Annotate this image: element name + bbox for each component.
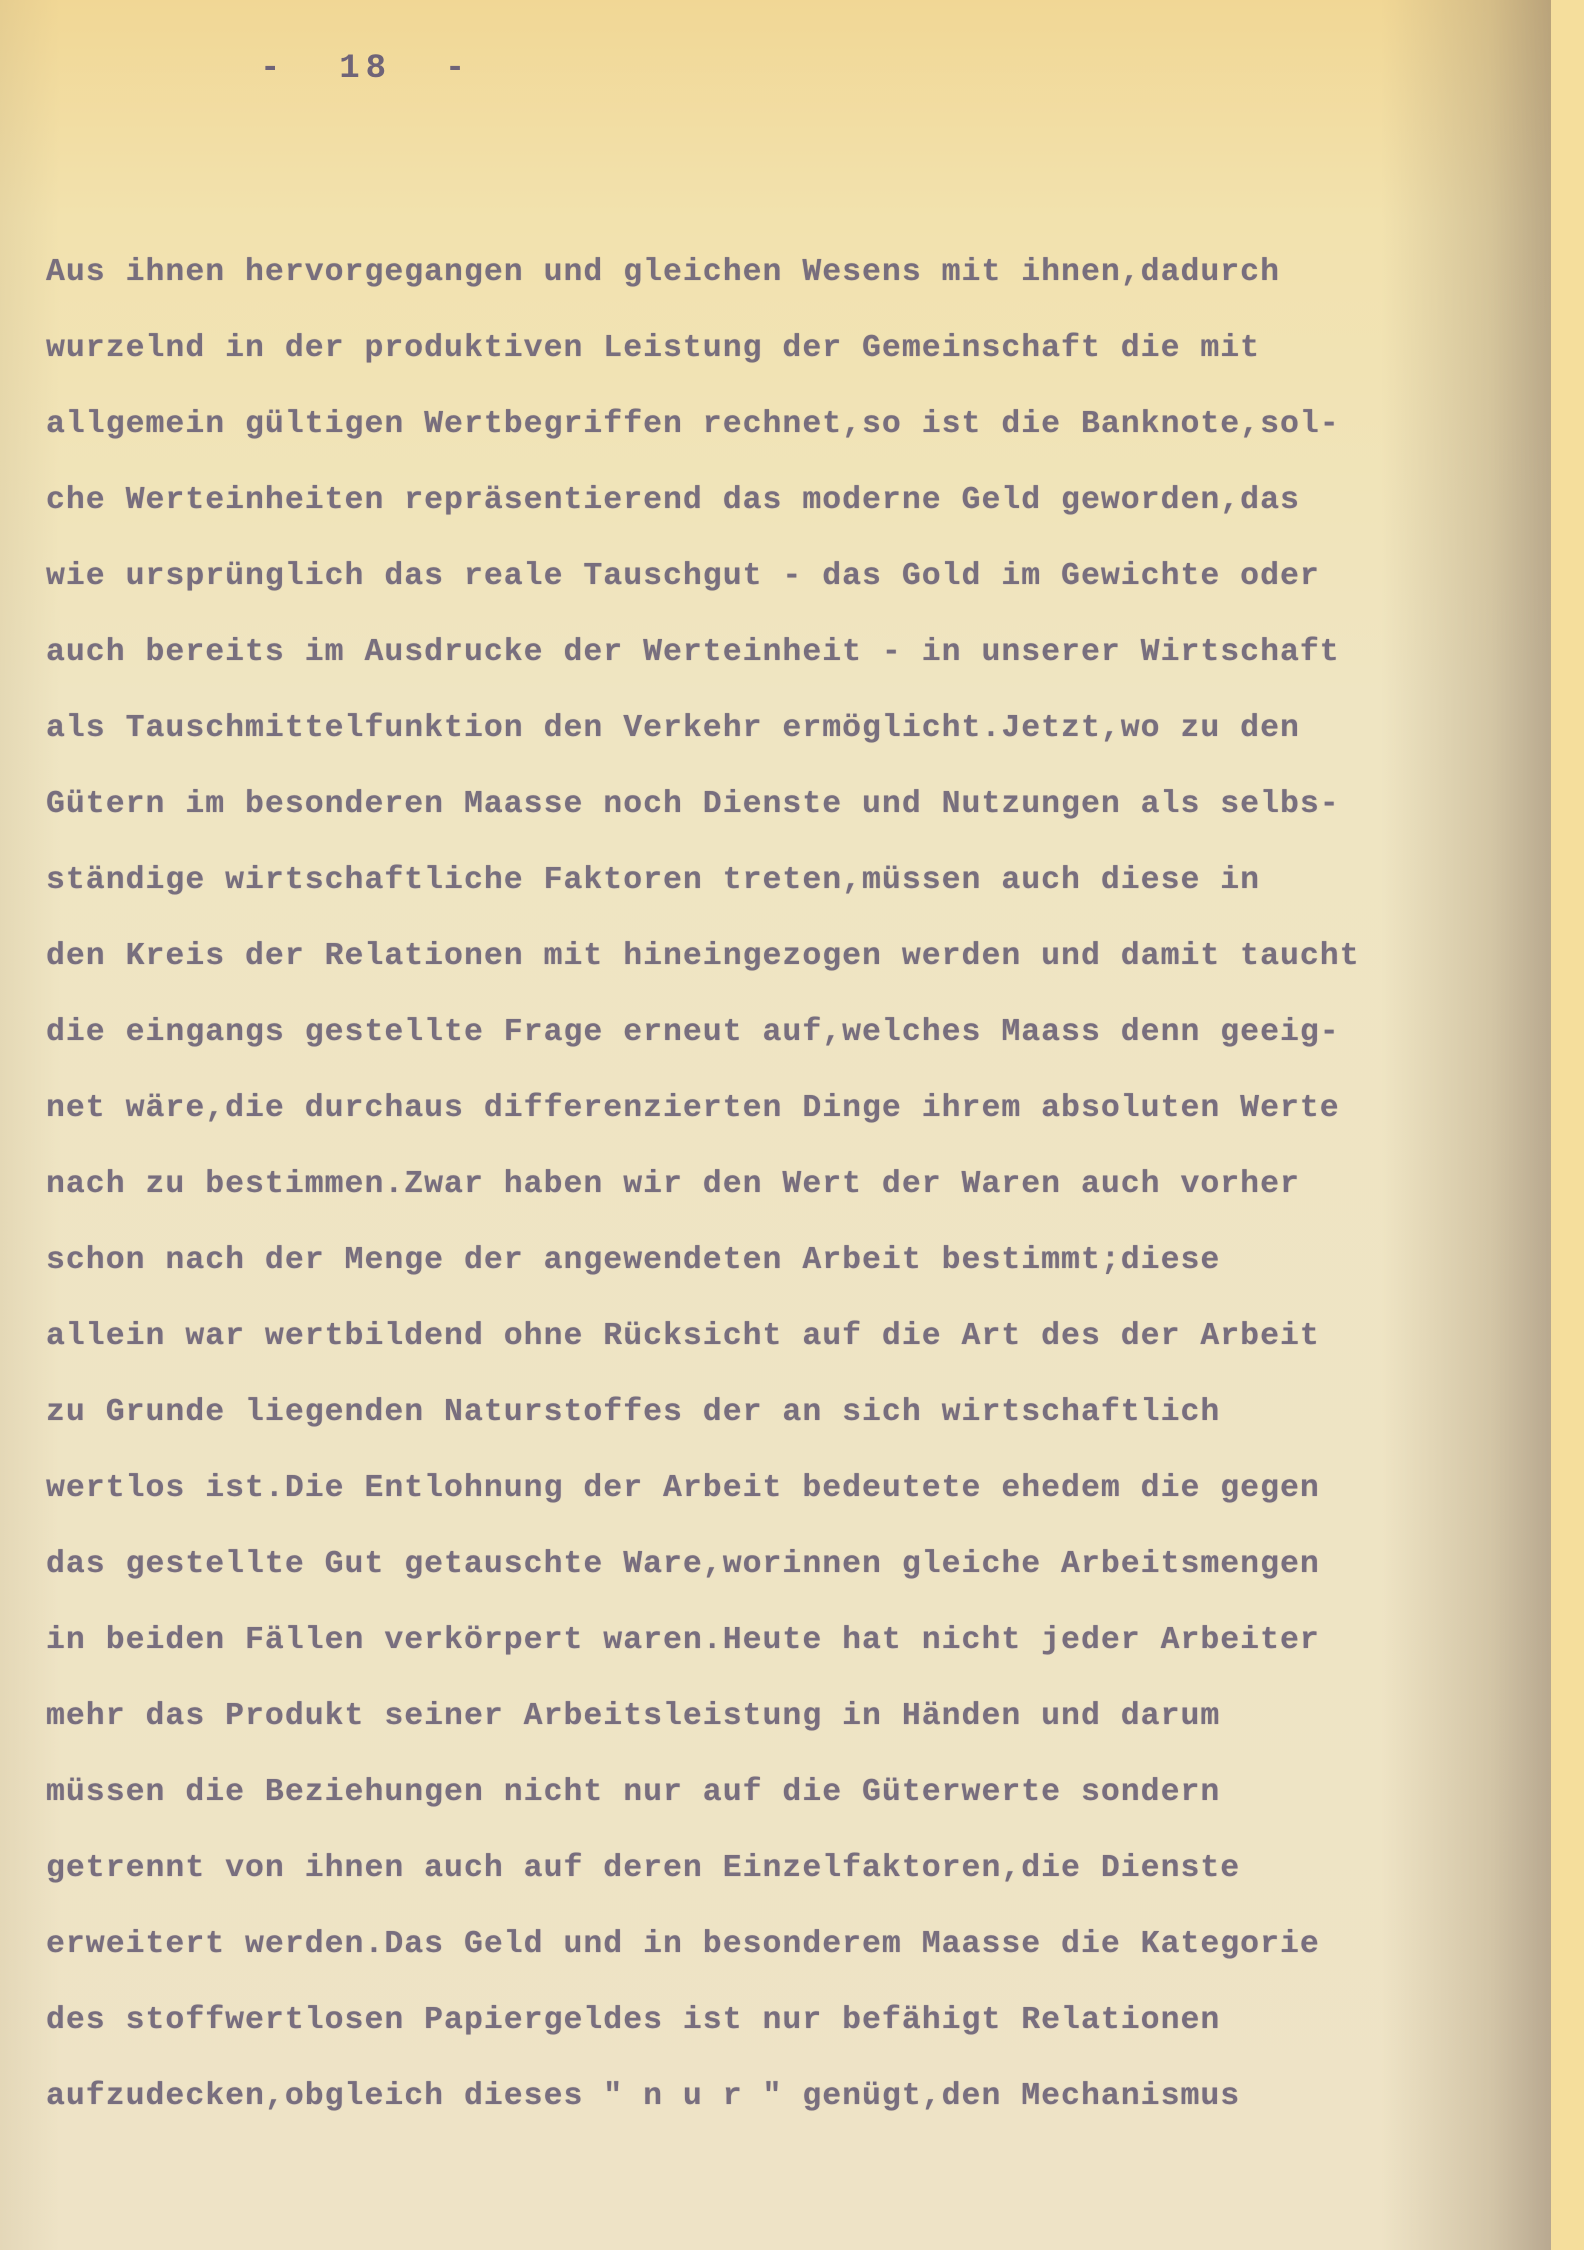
text-line: in beiden Fällen verkörpert waren.Heute … <box>46 1621 1526 1697</box>
text-line: allein war wertbildend ohne Rücksicht au… <box>46 1317 1526 1393</box>
text-line: den Kreis der Relationen mit hineingezog… <box>46 937 1526 1013</box>
text-line: mehr das Produkt seiner Arbeitsleistung … <box>46 1697 1526 1773</box>
text-line: erweitert werden.Das Geld und in besonde… <box>46 1925 1526 2001</box>
text-line: che Werteinheiten repräsentierend das mo… <box>46 481 1526 557</box>
text-line: Gütern im besonderen Maasse noch Dienste… <box>46 785 1526 861</box>
text-line: wie ursprünglich das reale Tauschgut - d… <box>46 557 1526 633</box>
text-line: ständige wirtschaftliche Faktoren treten… <box>46 861 1526 937</box>
text-line: des stoffwertlosen Papiergeldes ist nur … <box>46 2001 1526 2077</box>
text-line: die eingangs gestellte Frage erneut auf,… <box>46 1013 1526 1089</box>
text-line: nach zu bestimmen.Zwar haben wir den Wer… <box>46 1165 1526 1241</box>
body-text: Aus ihnen hervorgegangen und gleichen We… <box>46 253 1526 2153</box>
text-line: wurzelnd in der produktiven Leistung der… <box>46 329 1526 405</box>
text-line: das gestellte Gut getauschte Ware,worinn… <box>46 1545 1526 1621</box>
page-edge-strip <box>1551 0 1584 2250</box>
text-line: schon nach der Menge der angewendeten Ar… <box>46 1241 1526 1317</box>
text-line: Aus ihnen hervorgegangen und gleichen We… <box>46 253 1526 329</box>
text-line: auch bereits im Ausdrucke der Werteinhei… <box>46 633 1526 709</box>
text-line: zu Grunde liegenden Naturstoffes der an … <box>46 1393 1526 1469</box>
text-line: net wäre,die durchaus differenzierten Di… <box>46 1089 1526 1165</box>
text-line: wertlos ist.Die Entlohnung der Arbeit be… <box>46 1469 1526 1545</box>
text-line: allgemein gültigen Wertbegriffen rechnet… <box>46 405 1526 481</box>
text-line: aufzudecken,obgleich dieses " n u r " ge… <box>46 2077 1526 2153</box>
document-page: - 18 - Aus ihnen hervorgegangen und glei… <box>0 0 1551 2250</box>
text-line: getrennt von ihnen auch auf deren Einzel… <box>46 1849 1526 1925</box>
text-line: müssen die Beziehungen nicht nur auf die… <box>46 1773 1526 1849</box>
page-number: - 18 - <box>260 50 460 88</box>
text-line: als Tauschmittelfunktion den Verkehr erm… <box>46 709 1526 785</box>
